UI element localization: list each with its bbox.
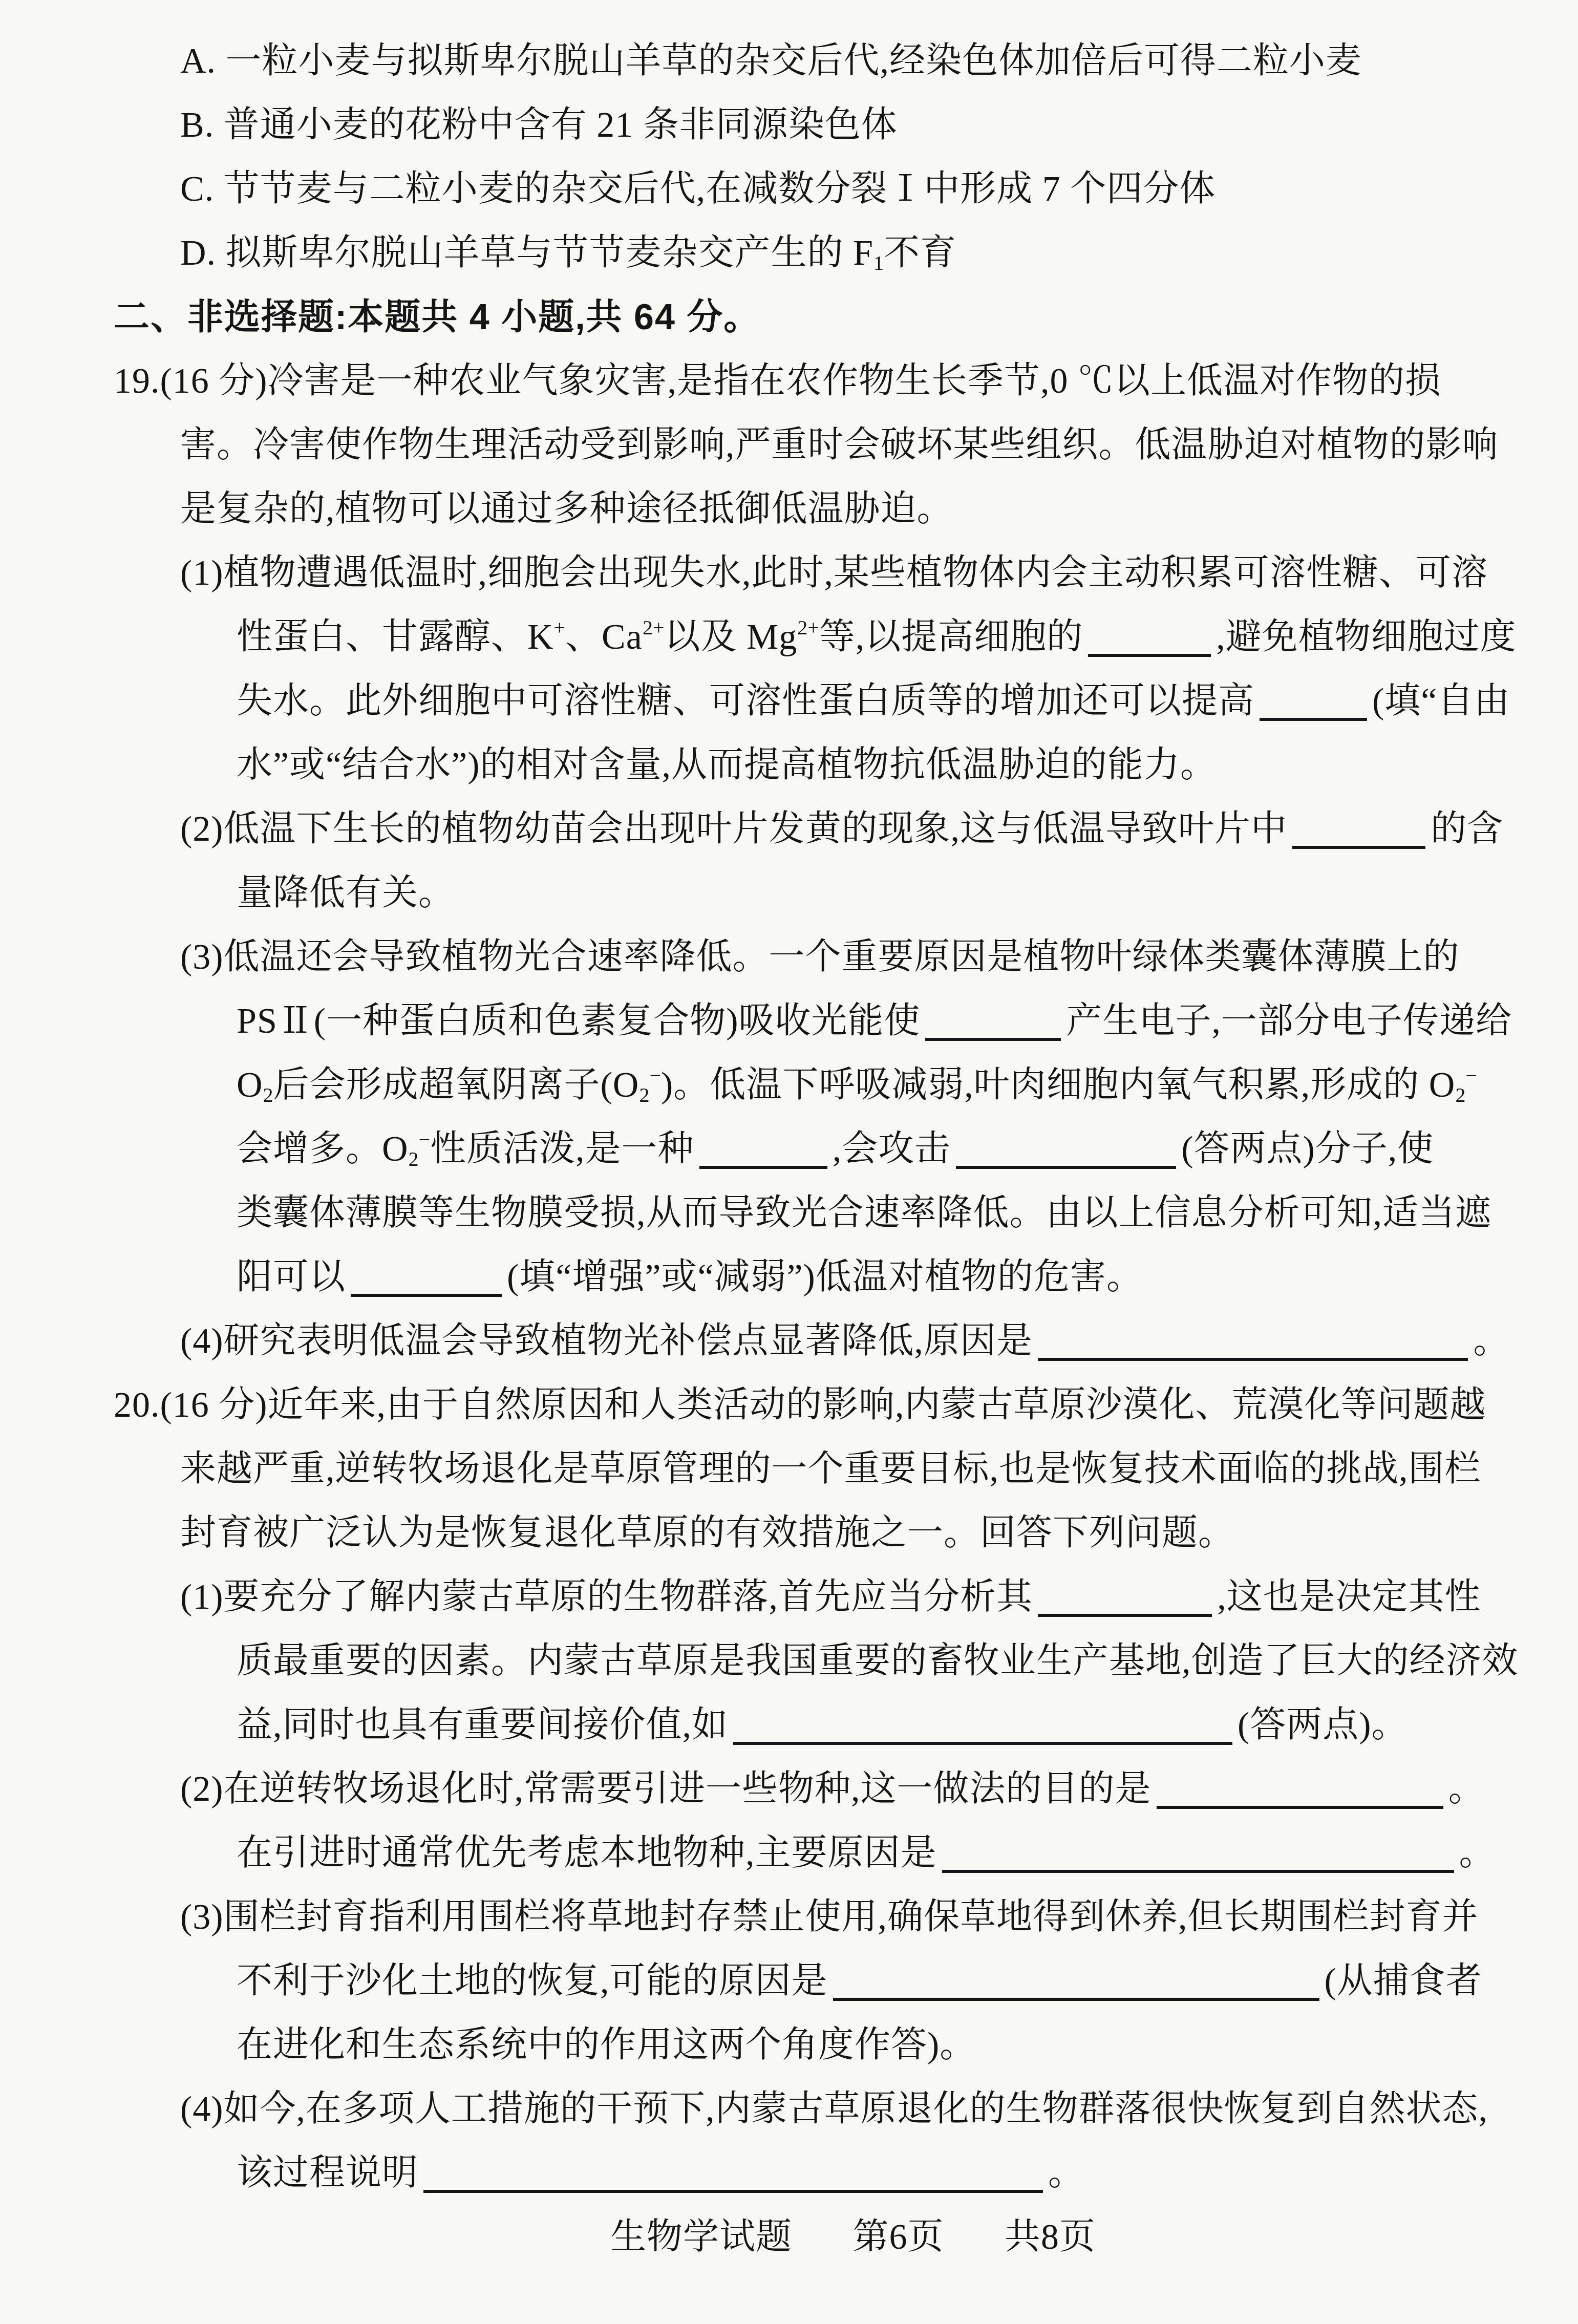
text-run: (填“增强”或“减弱”)低温对植物的危害。: [507, 1257, 1143, 1297]
text-run: (2)在逆转牧场退化时,常需要引进一些物种,这一做法的目的是: [180, 1769, 1151, 1809]
text-run: PSⅡ(一种蛋白质和色素复合物)吸收光能使: [237, 1001, 920, 1041]
option-c: C. 节节麦与二粒小麦的杂交后代,在减数分裂Ⅰ中形成 7 个四分体: [0, 157, 1578, 221]
footer-doc-title: 生物学试题: [610, 2218, 792, 2257]
text-run: (3)低温还会导致植物光合速率降低。一个重要原因是植物叶绿体类囊体薄膜上的: [180, 937, 1460, 977]
q19-part3-1: (3)低温还会导致植物光合速率降低。一个重要原因是植物叶绿体类囊体薄膜上的: [0, 925, 1578, 989]
text-run: (答两点)分子,使: [1181, 1129, 1434, 1169]
q19-intro-2: 害。冷害使作物生理活动受到影响,严重时会破坏某些组织。低温胁迫对植物的影响: [0, 413, 1578, 477]
text-run: 产生电子,一部分电子传递给: [1066, 1001, 1512, 1041]
text-run: ,会攻击: [833, 1129, 951, 1169]
q19-4-blank[interactable]: [1038, 1328, 1468, 1361]
text-run: (3)围栏封育指利用围栏将草地封存禁止使用,确保草地得到休养,但长期围栏封育并: [180, 1897, 1479, 1937]
q19-1-blank-2[interactable]: [1260, 688, 1367, 721]
text-run: (1)植物遭遇低温时,细胞会出现失水,此时,某些植物体内会主动积累可溶性糖、可溶: [180, 553, 1488, 593]
option-b: B. 普通小麦的花粉中含有 21 条非同源染色体: [0, 93, 1578, 157]
q20-1-blank-1[interactable]: [1038, 1584, 1212, 1617]
text-run: 20.(16 分)近年来,由于自然原因和人类活动的影响,内蒙古草原沙漠化、荒漠化…: [114, 1385, 1486, 1425]
page-footer: 生物学试题 第6页 共8页: [0, 2205, 1578, 2269]
text-run: 不利于沙化土地的恢复,可能的原因是: [237, 1961, 828, 2001]
text-run: 害。冷害使作物生理活动受到影响,严重时会破坏某些组织。低温胁迫对植物的影响: [180, 425, 1499, 465]
text-run: 性蛋白、甘露醇、K: [237, 617, 554, 657]
text-run: C. 节节麦与二粒小麦的杂交后代,在减数分裂Ⅰ中形成 7 个四分体: [180, 169, 1216, 209]
exam-page: A. 一粒小麦与拟斯卑尔脱山羊草的杂交后代,经染色体加倍后可得二粒小麦B. 普通…: [0, 0, 1578, 2324]
text-run: (从捕食者: [1325, 1961, 1482, 2001]
q20-3-blank[interactable]: [833, 1968, 1319, 2001]
text-run: 益,同时也具有重要间接价值,如: [237, 1705, 728, 1745]
q20-part1-1: (1)要充分了解内蒙古草原的生物群落,首先应当分析其,这也是决定其性: [0, 1565, 1578, 1629]
q19-part3-6: 阳可以(填“增强”或“减弱”)低温对植物的危害。: [0, 1245, 1578, 1309]
text-run: 等,以提高细胞的: [819, 617, 1083, 657]
q20-part2-2: 在引进时通常优先考虑本地物种,主要原因是。: [0, 1821, 1578, 1885]
sup-run: −: [1465, 1064, 1477, 1087]
sup-run: 2+: [797, 616, 819, 639]
option-d: D. 拟斯卑尔脱山羊草与节节麦杂交产生的 F1不育: [0, 221, 1578, 285]
text-run: (填“自由: [1372, 681, 1510, 721]
q19-part3-4: 会增多。O2−性质活泼,是一种,会攻击(答两点)分子,使: [0, 1117, 1578, 1181]
q20-part3-2: 不利于沙化土地的恢复,可能的原因是(从捕食者: [0, 1949, 1578, 2013]
text-run: 类囊体薄膜等生物膜受损,从而导致光合速率降低。由以上信息分析可知,适当遮: [237, 1193, 1491, 1233]
text-run: 。: [1048, 2154, 1084, 2193]
text-run: 封育被广泛认为是恢复退化草原的有效措施之一。回答下列问题。: [180, 1513, 1234, 1553]
sup-run: −: [649, 1064, 661, 1087]
q20-part4-1: (4)如今,在多项人工措施的干预下,内蒙古草原退化的生物群落很快恢复到自然状态,: [0, 2077, 1578, 2141]
q20-1-blank-2[interactable]: [733, 1712, 1232, 1745]
text-run: 水”或“结合水”)的相对含量,从而提高植物抗低温胁迫的能力。: [237, 745, 1217, 785]
q20-2-blank-2[interactable]: [942, 1840, 1454, 1873]
q20-intro-2: 来越严重,逆转牧场退化是草原管理的一个重要目标,也是恢复技术面临的挑战,围栏: [0, 1437, 1578, 1501]
q19-part2-2: 量降低有关。: [0, 861, 1578, 925]
q19-3-blank-1[interactable]: [925, 1008, 1061, 1041]
text-run: B. 普通小麦的花粉中含有 21 条非同源染色体: [180, 105, 898, 145]
text-run: 。: [1473, 1321, 1509, 1361]
q20-intro-3: 封育被广泛认为是恢复退化草原的有效措施之一。回答下列问题。: [0, 1501, 1578, 1565]
q19-part3-2: PSⅡ(一种蛋白质和色素复合物)吸收光能使产生电子,一部分电子传递给: [0, 989, 1578, 1053]
text-run: ,避免植物细胞过度: [1216, 617, 1517, 657]
q20-part3-1: (3)围栏封育指利用围栏将草地封存禁止使用,确保草地得到休养,但长期围栏封育并: [0, 1885, 1578, 1949]
sup-run: 2+: [643, 616, 665, 639]
q19-intro-1: 19.(16 分)冷害是一种农业气象灾害,是指在农作物生长季节,0 ℃以上低温对…: [0, 349, 1578, 413]
text-run: 以及 Mg: [664, 617, 797, 657]
q19-3-blank-2[interactable]: [699, 1136, 827, 1169]
text-run: 19.(16 分)冷害是一种农业气象灾害,是指在农作物生长季节,0 ℃以上低温对…: [114, 361, 1441, 401]
text-run: 阳可以: [237, 1257, 346, 1297]
text-run: 来越严重,逆转牧场退化是草原管理的一个重要目标,也是恢复技术面临的挑战,围栏: [180, 1449, 1481, 1489]
page-lines: A. 一粒小麦与拟斯卑尔脱山羊草的杂交后代,经染色体加倍后可得二粒小麦B. 普通…: [0, 29, 1578, 2205]
q20-part1-3: 益,同时也具有重要间接价值,如(答两点)。: [0, 1693, 1578, 1757]
sub-run: 1: [873, 251, 884, 274]
text-run: O: [237, 1065, 263, 1105]
text-run: 质最重要的因素。内蒙古草原是我国重要的畜牧业生产基地,创造了巨大的经济效: [237, 1641, 1519, 1681]
text-run: 该过程说明: [237, 2154, 418, 2193]
q19-1-blank-1[interactable]: [1088, 624, 1211, 657]
text-run: 。: [1448, 1769, 1485, 1809]
q19-part1-1: (1)植物遭遇低温时,细胞会出现失水,此时,某些植物体内会主动积累可溶性糖、可溶: [0, 541, 1578, 605]
text-run: (答两点)。: [1238, 1705, 1408, 1745]
q20-2-blank-1[interactable]: [1157, 1776, 1443, 1809]
text-run: A. 一粒小麦与拟斯卑尔脱山羊草的杂交后代,经染色体加倍后可得二粒小麦: [180, 41, 1362, 81]
section-2-header: 二、非选择题:本题共 4 小题,共 64 分。: [0, 285, 1578, 349]
text-run: 量降低有关。: [237, 873, 455, 913]
sub-run: 2: [1455, 1083, 1465, 1106]
footer-page-number: 第6页: [853, 2218, 944, 2257]
text-run: 是复杂的,植物可以通过多种途径抵御低温胁迫。: [180, 489, 953, 529]
q19-part1-2: 性蛋白、甘露醇、K+、Ca2+以及 Mg2+等,以提高细胞的,避免植物细胞过度: [0, 605, 1578, 669]
q19-part1-3: 失水。此外细胞中可溶性糖、可溶性蛋白质等的增加还可以提高(填“自由: [0, 669, 1578, 733]
q19-part3-3: O2后会形成超氧阴离子(O2−)。低温下呼吸减弱,叶肉细胞内氧气积累,形成的 O…: [0, 1053, 1578, 1117]
q19-part4-1: (4)研究表明低温会导致植物光补偿点显著降低,原因是。: [0, 1309, 1578, 1373]
q20-part3-3: 在进化和生态系统中的作用这两个角度作答)。: [0, 2013, 1578, 2077]
text-run: 会增多。O: [237, 1129, 409, 1169]
q19-3-blank-3[interactable]: [956, 1136, 1176, 1169]
text-run: ,这也是决定其性: [1217, 1577, 1481, 1617]
text-run: 在引进时通常优先考虑本地物种,主要原因是: [237, 1833, 937, 1873]
sup-run: +: [554, 616, 566, 639]
q20-intro-1: 20.(16 分)近年来,由于自然原因和人类活动的影响,内蒙古草原沙漠化、荒漠化…: [0, 1373, 1578, 1437]
text-run: 。: [1459, 1833, 1496, 1873]
text-run: (4)如今,在多项人工措施的干预下,内蒙古草原退化的生物群落很快恢复到自然状态,: [180, 2090, 1488, 2129]
text-run: 二、非选择题:本题共 4 小题,共 64 分。: [114, 297, 760, 337]
q19-part1-4: 水”或“结合水”)的相对含量,从而提高植物抗低温胁迫的能力。: [0, 733, 1578, 797]
text-run: )。低温下呼吸减弱,叶肉细胞内氧气积累,形成的 O: [661, 1065, 1455, 1105]
sub-run: 2: [409, 1147, 419, 1170]
q19-3-blank-4[interactable]: [351, 1264, 502, 1297]
text-run: 失水。此外细胞中可溶性糖、可溶性蛋白质等的增加还可以提高: [237, 681, 1254, 721]
text-run: 性质活泼,是一种: [430, 1129, 694, 1169]
q19-2-blank[interactable]: [1292, 816, 1425, 849]
q20-part4-2: 该过程说明。: [0, 2141, 1578, 2205]
footer-total-pages: 共8页: [1005, 2218, 1096, 2257]
q19-part3-5: 类囊体薄膜等生物膜受损,从而导致光合速率降低。由以上信息分析可知,适当遮: [0, 1181, 1578, 1245]
text-run: (1)要充分了解内蒙古草原的生物群落,首先应当分析其: [180, 1577, 1033, 1617]
text-run: 、Ca: [565, 617, 643, 657]
text-run: 的含: [1431, 809, 1503, 849]
text-run: 在进化和生态系统中的作用这两个角度作答)。: [237, 2025, 976, 2065]
sub-run: 2: [263, 1083, 273, 1106]
option-a: A. 一粒小麦与拟斯卑尔脱山羊草的杂交后代,经染色体加倍后可得二粒小麦: [0, 29, 1578, 93]
text-run: 不育: [884, 233, 956, 273]
q20-part1-2: 质最重要的因素。内蒙古草原是我国重要的畜牧业生产基地,创造了巨大的经济效: [0, 1629, 1578, 1693]
q20-4-blank[interactable]: [423, 2160, 1043, 2193]
text-run: (4)研究表明低温会导致植物光补偿点显著降低,原因是: [180, 1321, 1033, 1361]
q19-part2-1: (2)低温下生长的植物幼苗会出现叶片发黄的现象,这与低温导致叶片中的含: [0, 797, 1578, 861]
text-run: (2)低温下生长的植物幼苗会出现叶片发黄的现象,这与低温导致叶片中: [180, 809, 1287, 849]
text-run: D. 拟斯卑尔脱山羊草与节节麦杂交产生的 F: [180, 233, 873, 273]
sub-run: 2: [639, 1083, 649, 1106]
text-run: 后会形成超氧阴离子(O: [273, 1065, 639, 1105]
q20-part2-1: (2)在逆转牧场退化时,常需要引进一些物种,这一做法的目的是。: [0, 1757, 1578, 1821]
sup-run: −: [419, 1128, 431, 1151]
q19-intro-3: 是复杂的,植物可以通过多种途径抵御低温胁迫。: [0, 477, 1578, 541]
